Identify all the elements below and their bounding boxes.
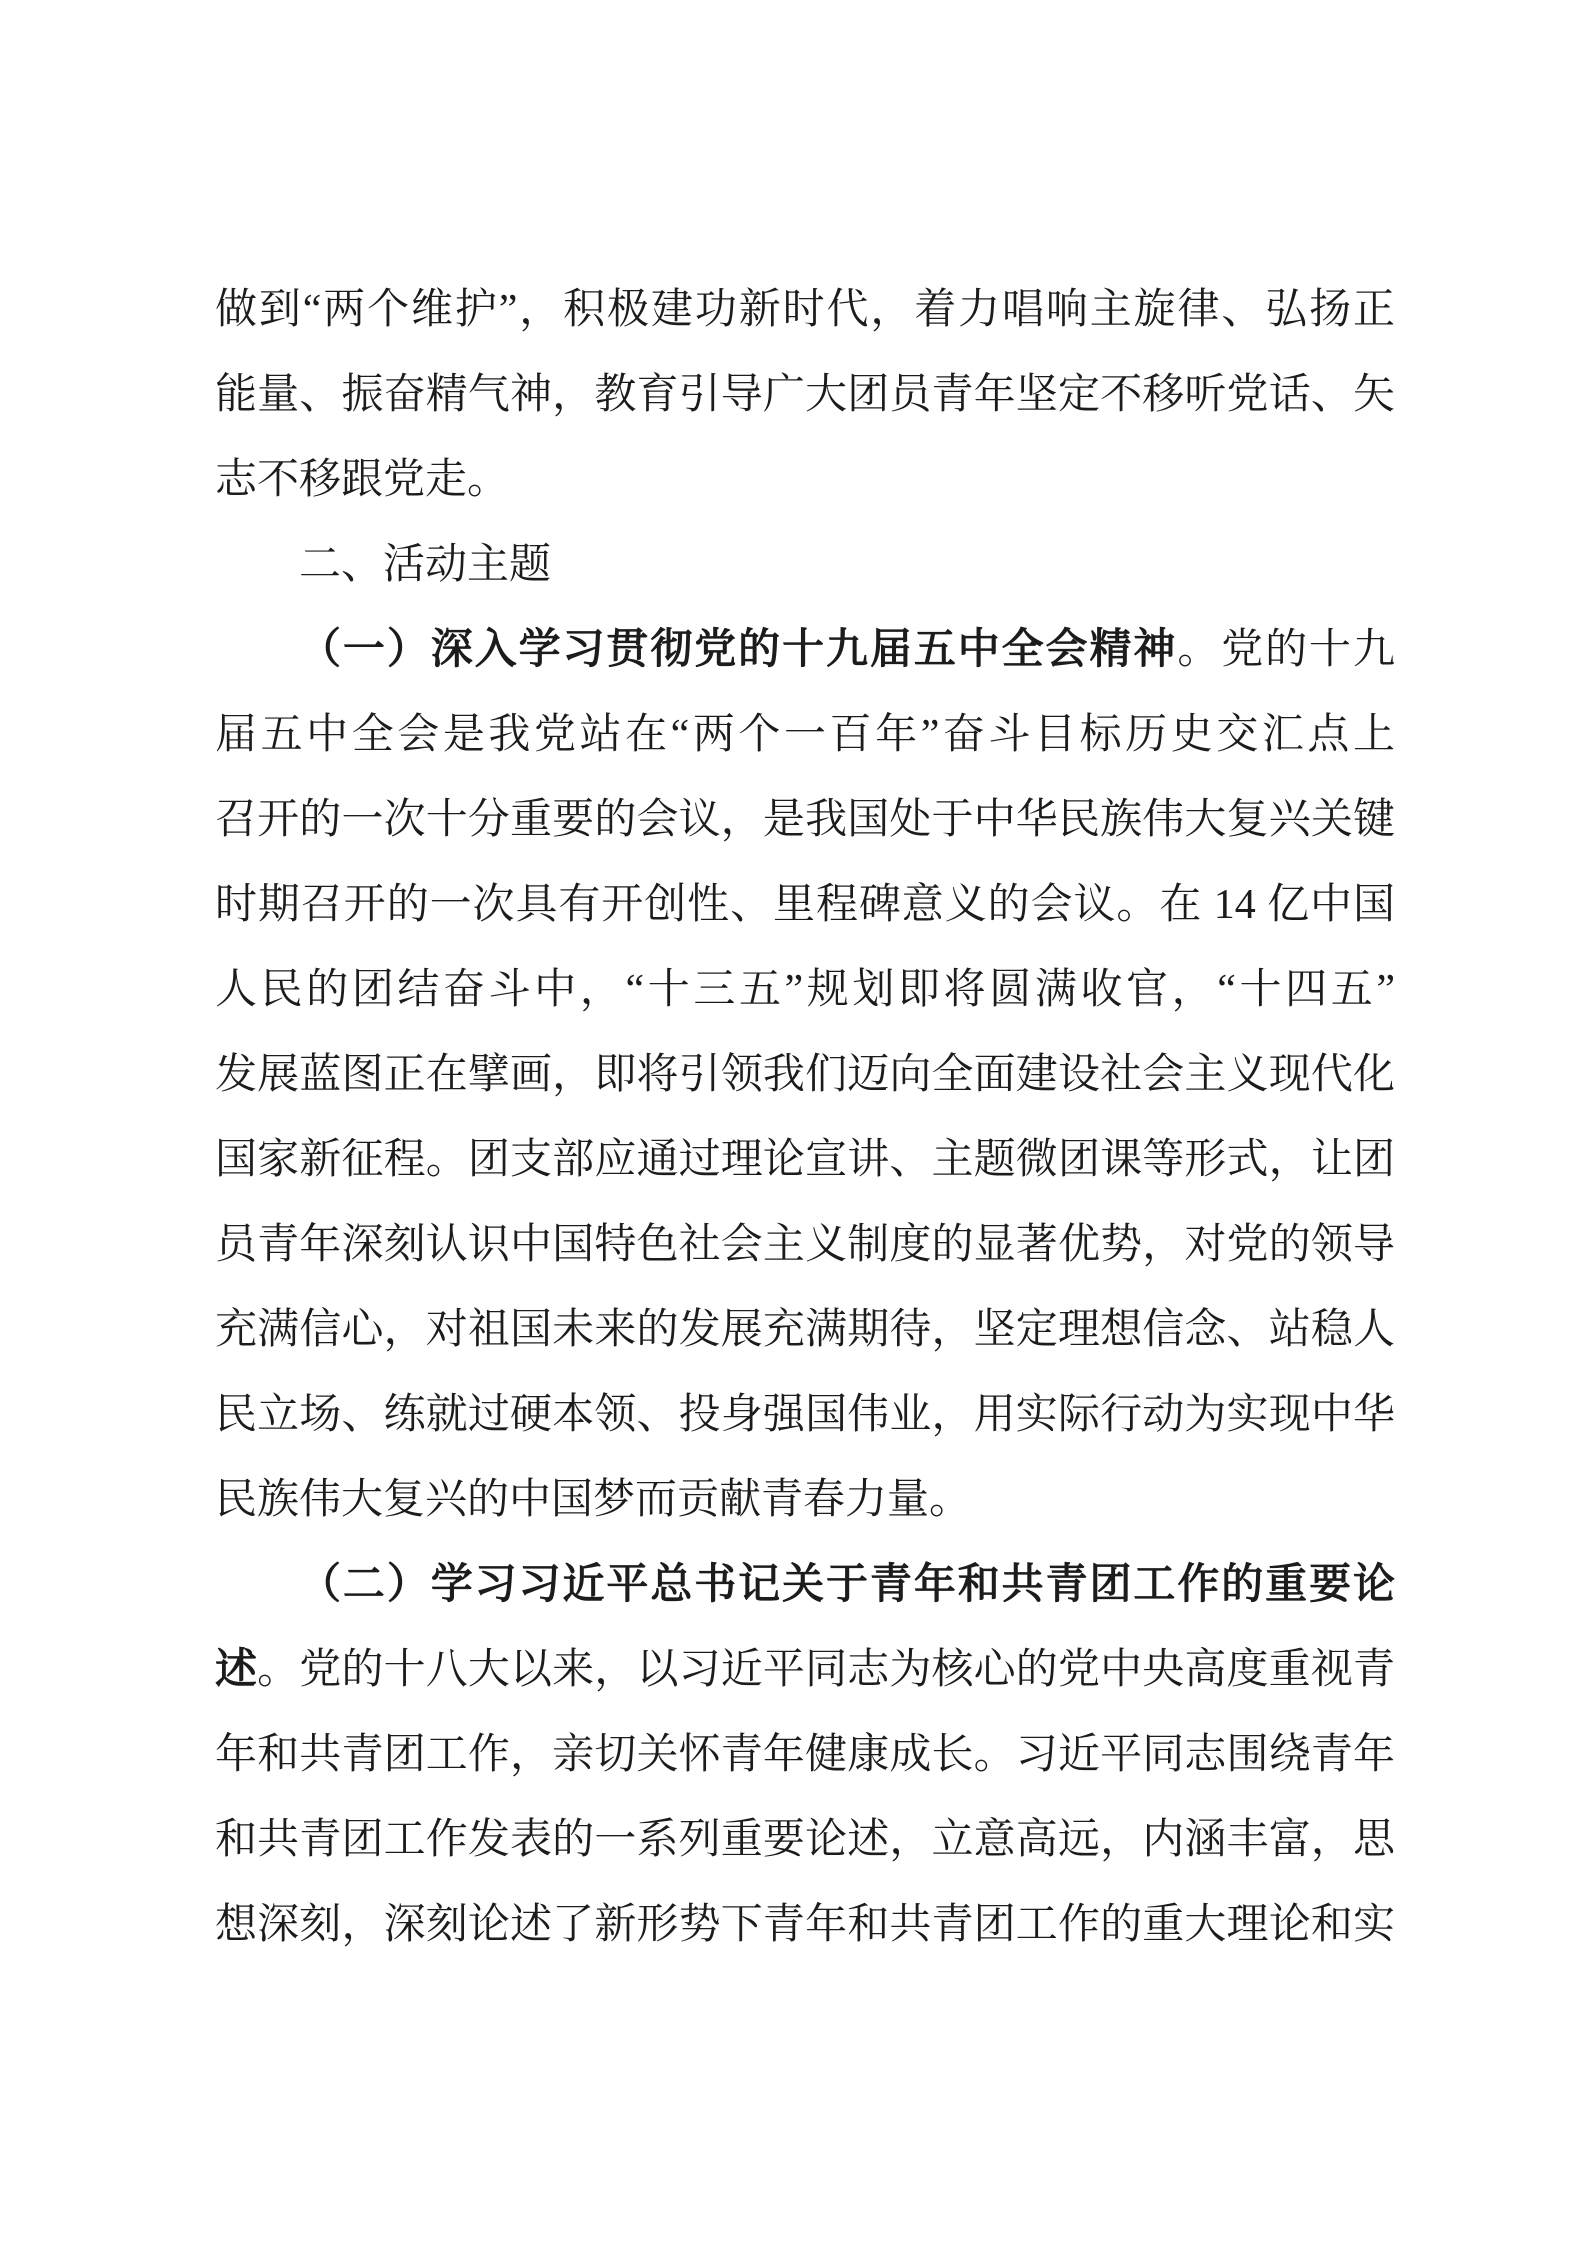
body-text: 想深刻，深刻论述了新形势下青年和共青团工作的重大理论和实 bbox=[215, 1902, 1395, 1948]
body-text: 召开的一次十分重要的会议，是我国处于中华民族伟大复兴关键 bbox=[215, 797, 1395, 843]
body-text: 时期召开的一次具有开创性、里程碑意义的会议。在 14 亿中国 bbox=[215, 882, 1395, 928]
body-text: 。党的十九 bbox=[1177, 627, 1395, 673]
text-line: （二）学习习近平总书记关于青年和共青团工作的重要论 bbox=[215, 1543, 1395, 1628]
body-text: 届五中全会是我党站在“两个一百年”奋斗目标历史交汇点上 bbox=[215, 712, 1395, 758]
body-text: 国家新征程。团支部应通过理论宣讲、主题微团课等形式，让团 bbox=[215, 1137, 1395, 1183]
body-text: 能量、振奋精气神，教育引导广大团员青年坚定不移听党话、矢 bbox=[215, 372, 1395, 418]
body-text: 人民的团结奋斗中，“十三五”规划即将圆满收官，“十四五” bbox=[215, 967, 1395, 1013]
text-line: 民族伟大复兴的中国梦而贡献青春力量。 bbox=[215, 1458, 1395, 1543]
text-line: 召开的一次十分重要的会议，是我国处于中华民族伟大复兴关键 bbox=[215, 778, 1395, 863]
text-line: 时期召开的一次具有开创性、里程碑意义的会议。在 14 亿中国 bbox=[215, 863, 1395, 948]
bold-heading-text: （二）学习习近平总书记关于青年和共青团工作的重要论 bbox=[299, 1562, 1395, 1608]
body-text: 做到“两个维护”，积极建功新时代，着力唱响主旋律、弘扬正 bbox=[215, 287, 1395, 333]
text-line: 发展蓝图正在擘画，即将引领我们迈向全面建设社会主义现代化 bbox=[215, 1033, 1395, 1118]
document-page: 做到“两个维护”，积极建功新时代，着力唱响主旋律、弘扬正能量、振奋精气神，教育引… bbox=[0, 0, 1586, 2244]
text-line: 二、活动主题 bbox=[215, 523, 1395, 608]
bold-heading-text: （一）深入学习贯彻党的十九届五中全会精神 bbox=[299, 627, 1177, 673]
body-text: 志不移跟党走。 bbox=[215, 457, 509, 503]
text-line: 想深刻，深刻论述了新形势下青年和共青团工作的重大理论和实 bbox=[215, 1883, 1395, 1968]
bold-heading-text: 述 bbox=[215, 1647, 257, 1693]
body-text: 民族伟大复兴的中国梦而贡献青春力量。 bbox=[215, 1477, 971, 1523]
text-line: 国家新征程。团支部应通过理论宣讲、主题微团课等形式，让团 bbox=[215, 1118, 1395, 1203]
body-text: 民立场、练就过硬本领、投身强国伟业，用实际行动为实现中华 bbox=[215, 1392, 1395, 1438]
body-text: 。党的十八大以来，以习近平同志为核心的党中央高度重视青 bbox=[257, 1647, 1395, 1693]
text-line: 年和共青团工作，亲切关怀青年健康成长。习近平同志围绕青年 bbox=[215, 1713, 1395, 1798]
body-text: 员青年深刻认识中国特色社会主义制度的显著优势，对党的领导 bbox=[215, 1222, 1395, 1268]
text-line: 能量、振奋精气神，教育引导广大团员青年坚定不移听党话、矢 bbox=[215, 353, 1395, 438]
text-line: 志不移跟党走。 bbox=[215, 438, 1395, 523]
text-line: 届五中全会是我党站在“两个一百年”奋斗目标历史交汇点上 bbox=[215, 693, 1395, 778]
body-text: 和共青团工作发表的一系列重要论述，立意高远，内涵丰富，思 bbox=[215, 1817, 1395, 1863]
text-line: 员青年深刻认识中国特色社会主义制度的显著优势，对党的领导 bbox=[215, 1203, 1395, 1288]
text-line: （一）深入学习贯彻党的十九届五中全会精神。党的十九 bbox=[215, 608, 1395, 693]
text-line: 充满信心，对祖国未来的发展充满期待，坚定理想信念、站稳人 bbox=[215, 1288, 1395, 1373]
body-text: 二、活动主题 bbox=[299, 542, 551, 588]
text-line: 人民的团结奋斗中，“十三五”规划即将圆满收官，“十四五” bbox=[215, 948, 1395, 1033]
text-line: 述。党的十八大以来，以习近平同志为核心的党中央高度重视青 bbox=[215, 1628, 1395, 1713]
body-text: 发展蓝图正在擘画，即将引领我们迈向全面建设社会主义现代化 bbox=[215, 1052, 1395, 1098]
text-line: 和共青团工作发表的一系列重要论述，立意高远，内涵丰富，思 bbox=[215, 1798, 1395, 1883]
text-line: 做到“两个维护”，积极建功新时代，着力唱响主旋律、弘扬正 bbox=[215, 268, 1395, 353]
body-text: 年和共青团工作，亲切关怀青年健康成长。习近平同志围绕青年 bbox=[215, 1732, 1395, 1778]
body-text: 充满信心，对祖国未来的发展充满期待，坚定理想信念、站稳人 bbox=[215, 1307, 1395, 1353]
text-line: 民立场、练就过硬本领、投身强国伟业，用实际行动为实现中华 bbox=[215, 1373, 1395, 1458]
text-block: 做到“两个维护”，积极建功新时代，着力唱响主旋律、弘扬正能量、振奋精气神，教育引… bbox=[215, 268, 1395, 1968]
